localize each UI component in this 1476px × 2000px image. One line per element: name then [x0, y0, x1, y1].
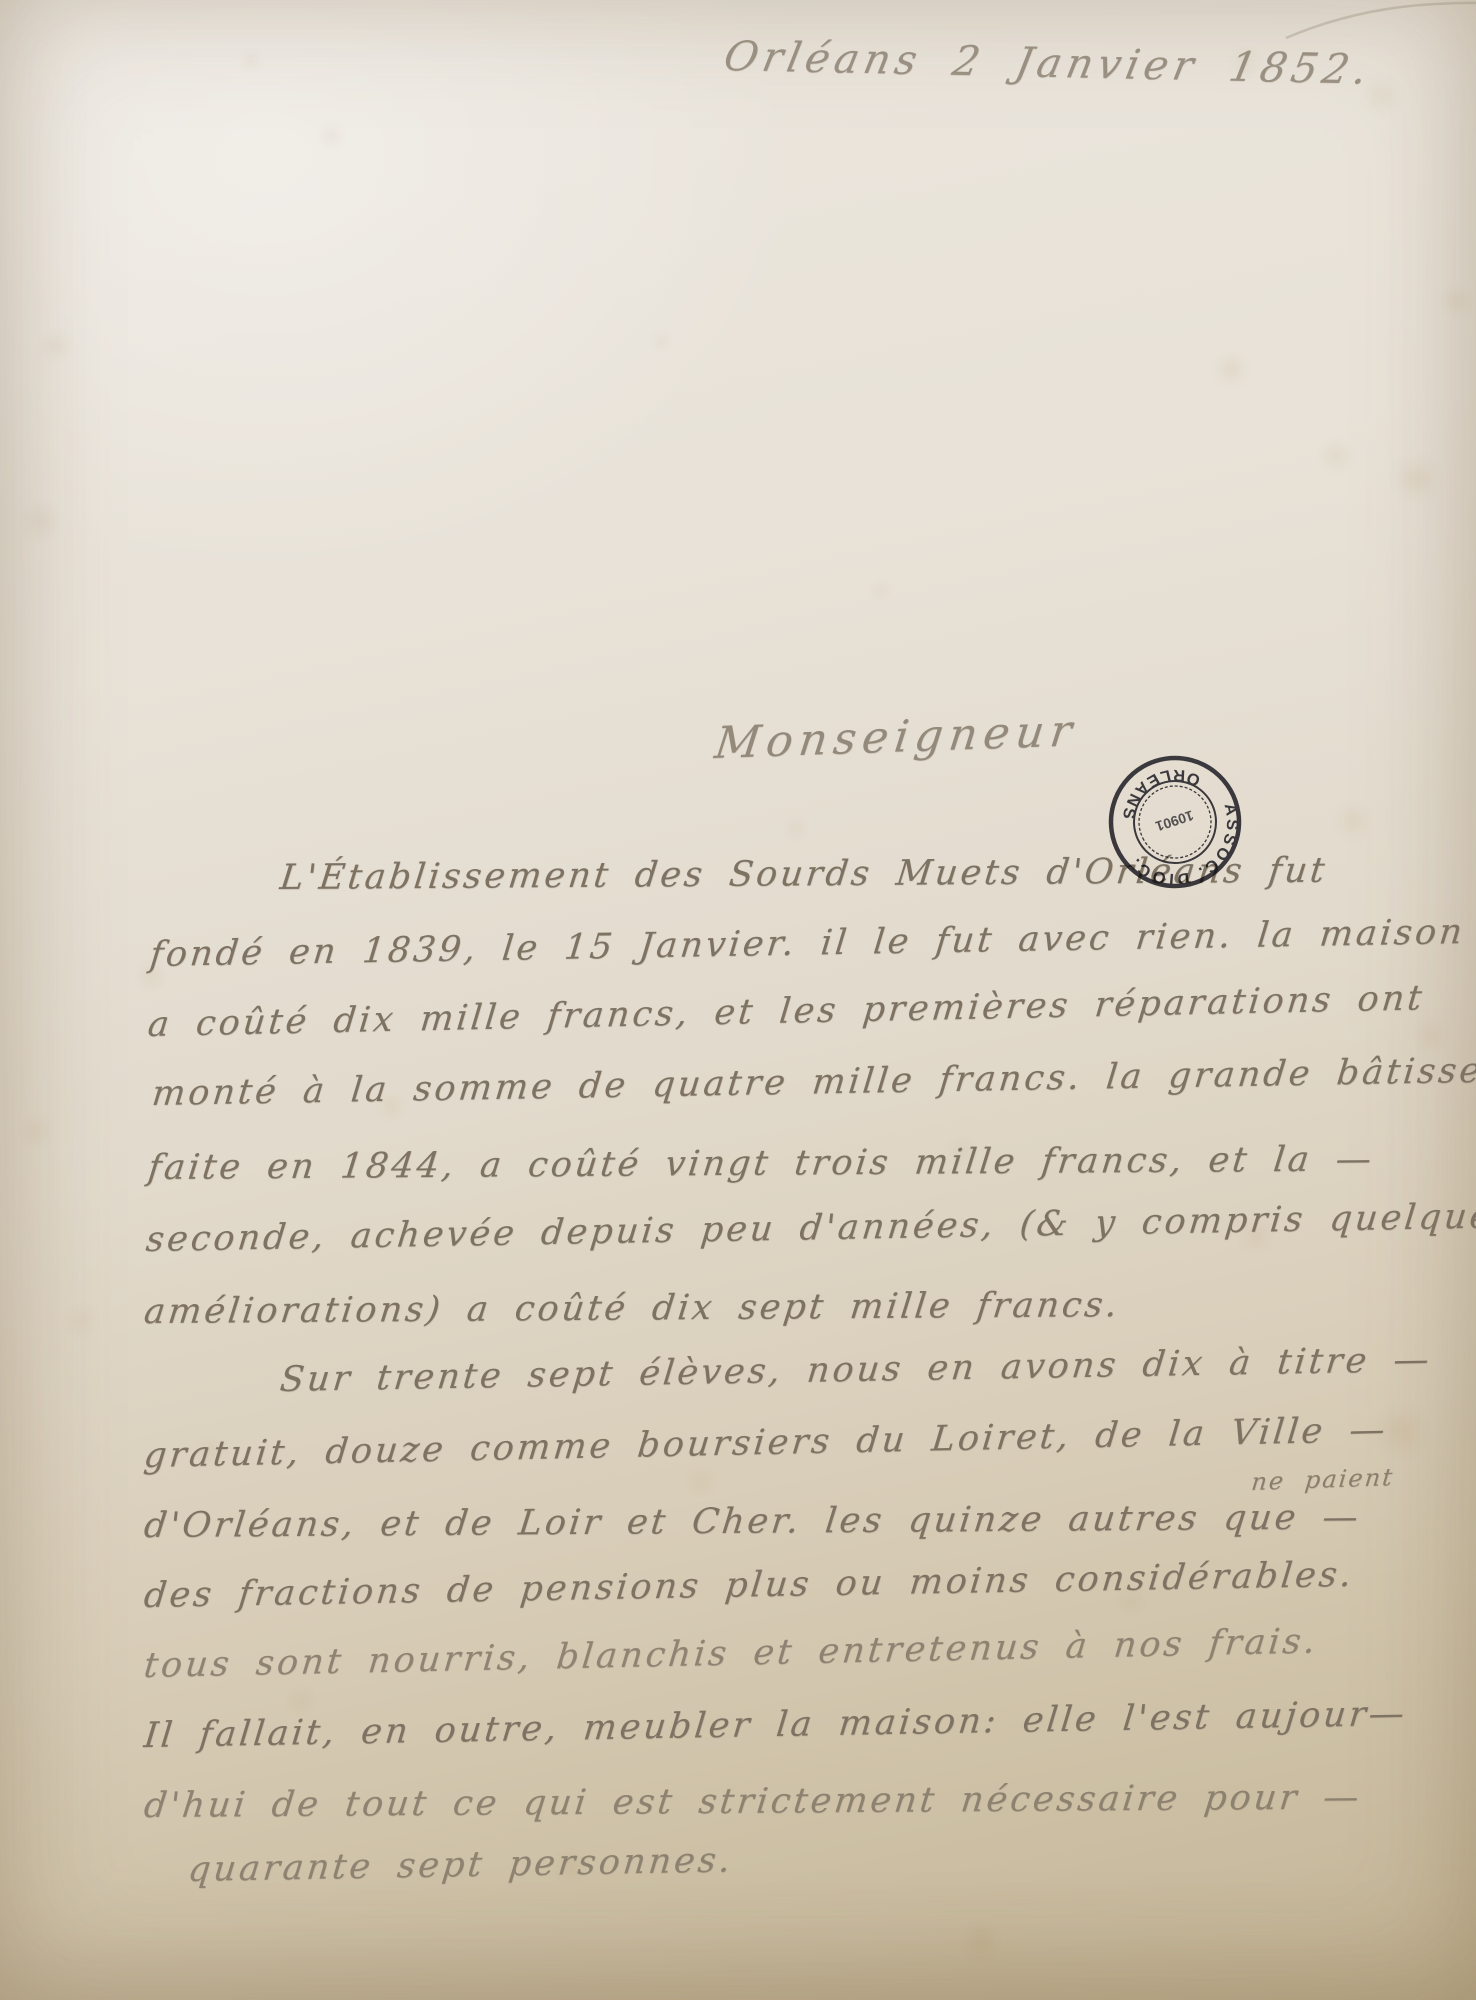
- letter-line: faite en 1844, a coûté vingt trois mille…: [146, 1139, 1376, 1188]
- letter-line: fondé en 1839, le 15 Janvier. il le fut …: [148, 912, 1467, 975]
- letter-page: Orléans 2 Janvier 1852. Monseigneur L'Ét…: [0, 0, 1476, 2000]
- letter-line: Sur trente sept élèves, nous en avons di…: [278, 1340, 1434, 1400]
- letter-line: gratuit, douze comme boursiers du Loiret…: [142, 1410, 1390, 1476]
- salutation: Monseigneur: [712, 705, 1081, 769]
- interline-note: ne paient: [1250, 1463, 1396, 1496]
- letter-line: monté à la somme de quatre mille francs.…: [150, 1051, 1476, 1114]
- letter-line: seconde, achevée depuis peu d'années, (&…: [144, 1196, 1476, 1260]
- letter-line: a coûté dix mille francs, et les premièr…: [146, 978, 1426, 1045]
- letter-line: d'hui de tout ce qui est strictement néc…: [142, 1778, 1364, 1826]
- paper-foxing-spots: [0, 0, 2, 2]
- corner-pen-stroke: [1276, 0, 1476, 46]
- letter-line: tous sont nourris, blanchis et entretenu…: [142, 1621, 1320, 1686]
- letter-line: quarante sept personnes.: [186, 1841, 735, 1890]
- letter-line: améliorations) a coûté dix sept mille fr…: [142, 1285, 1122, 1332]
- stamp-center-number: 10901: [1154, 807, 1196, 834]
- diocese-stamp: ASSOC. DIOC. ORLEANS 10901: [1103, 750, 1247, 894]
- letter-line: d'Orléans, et de Loir et Cher. les quinz…: [142, 1498, 1363, 1546]
- letter-line: des fractions de pensions plus ou moins …: [142, 1555, 1356, 1616]
- letter-line: Il fallait, en outre, meubler la maison:…: [142, 1694, 1409, 1756]
